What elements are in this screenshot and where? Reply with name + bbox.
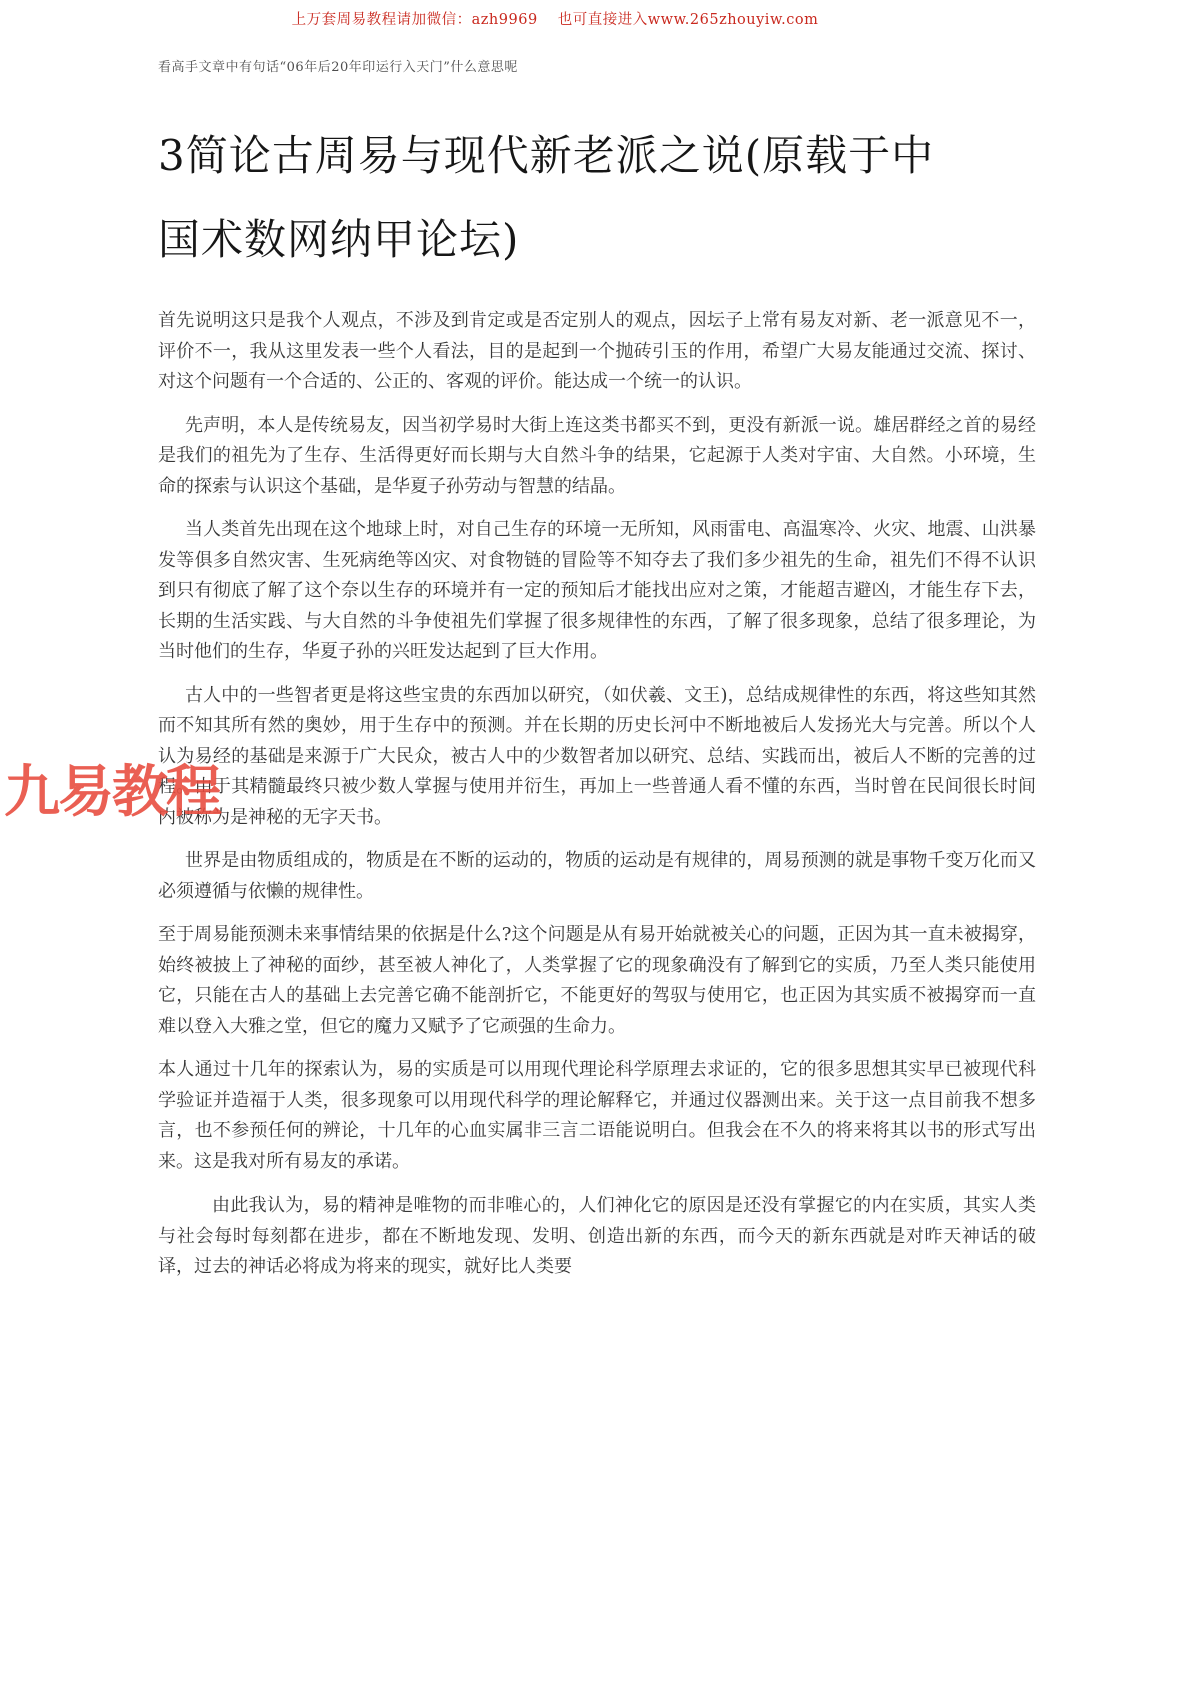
paragraph: 当人类首先出现在这个地球上时，对自己生存的环境一无所知，风雨雷电、高温寒冷、火灾… — [158, 515, 1036, 668]
note-line: 看高手文章中有句话“06年后20年印运行入天门”什么意思呢 — [158, 56, 518, 75]
paragraph: 首先说明这只是我个人观点，不涉及到肯定或是否定别人的观点，因坛子上常有易友对新、… — [158, 306, 1036, 398]
page-title: 3简论古周易与现代新老派之说(原载于中国术数网纳甲论坛) — [158, 114, 958, 282]
paragraph: 古人中的一些智者更是将这些宝贵的东西加以研究，（如伏羲、文王)，总结成规律性的东… — [158, 681, 1036, 834]
promo-header: 上万套周易教程请加微信：azh9969 也可直接进入www.265zhouyiw… — [0, 8, 1110, 29]
document-body: 首先说明这只是我个人观点，不涉及到肯定或是否定别人的观点，因坛子上常有易友对新、… — [158, 306, 1036, 1296]
paragraph: 至于周易能预测未来事情结果的依据是什么?这个问题是从有易开始就被关心的问题，正因… — [158, 920, 1036, 1042]
paragraph: 本人通过十几年的探索认为，易的实质是可以用现代理论科学原理去求证的，它的很多思想… — [158, 1055, 1036, 1177]
paragraph: 由此我认为，易的精神是唯物的而非唯心的，人们神化它的原因是还没有掌握它的内在实质… — [158, 1191, 1036, 1283]
paragraph: 世界是由物质组成的，物质是在不断的运动的，物质的运动是有规律的，周易预测的就是事… — [158, 846, 1036, 907]
document-page: 上万套周易教程请加微信：azh9969 也可直接进入www.265zhouyiw… — [0, 0, 1189, 1684]
paragraph: 先声明，本人是传统易友，因当初学易时大街上连这类书都买不到，更没有新派一说。雄居… — [158, 411, 1036, 503]
